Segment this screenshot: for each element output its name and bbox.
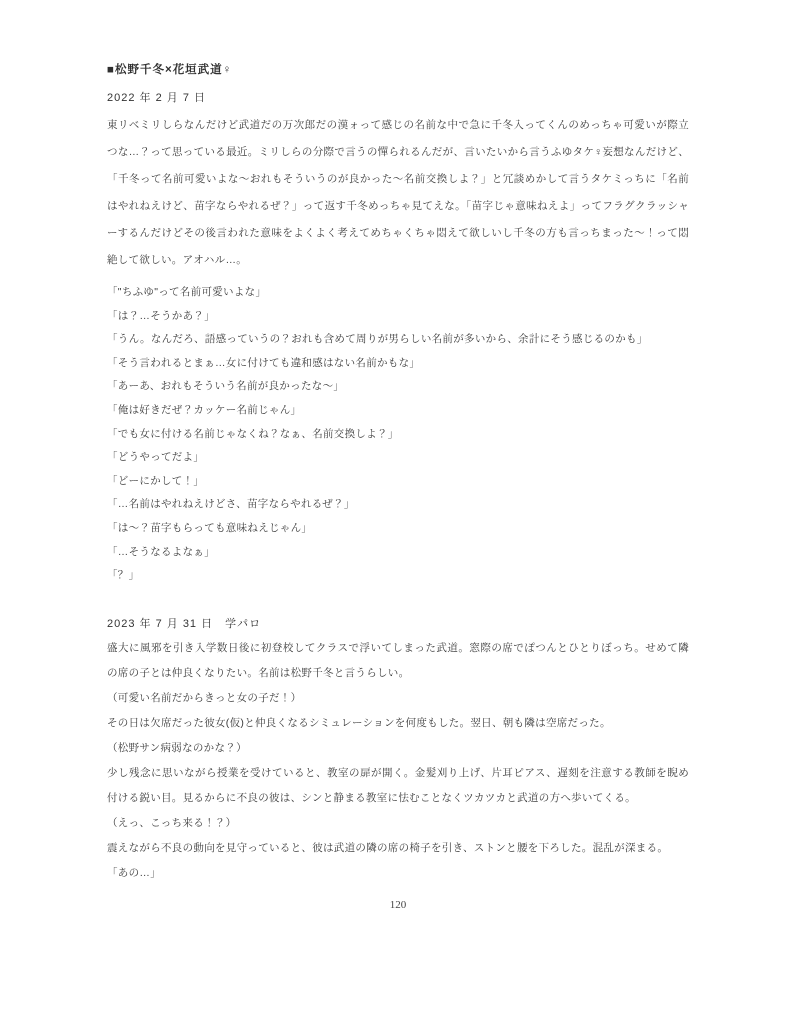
- dialogue-line: 「…名前はやれねえけどさ、苗字ならやれるぜ？」: [107, 493, 689, 517]
- dialogue-line: 「？」: [107, 564, 689, 588]
- dialogue-line: 「は？…そうかあ？」: [107, 305, 689, 329]
- dialogue-line: 「…そうなるよなぁ」: [107, 541, 689, 565]
- entry-date-1: 2022 年 2 月 7 日: [107, 86, 689, 110]
- dialogue-line: 「は〜？苗字もらっても意味ねえじゃん」: [107, 517, 689, 541]
- dialogue-line: 「どーにかして！」: [107, 470, 689, 494]
- page-number: 120: [107, 893, 689, 917]
- dialogue-line: 「そう言われるとまぁ…女に付けても違和感はない名前かもな」: [107, 352, 689, 376]
- document-content: ■松野千冬×花垣武道♀ 2022 年 2 月 7 日 東リベミリしらなんだけど武…: [107, 58, 689, 917]
- paragraph: 盛大に風邪を引き入学数日後に初登校してクラスで浮いてしまった武道。窓際の席でぽつ…: [107, 636, 689, 686]
- dialogue-block: 「"ちふゆ"って名前可愛いよな」 「は？…そうかあ？」 「うん。なんだろ、語感っ…: [107, 281, 689, 588]
- entry-2-body: 盛大に風邪を引き入学数日後に初登校してクラスで浮いてしまった武道。窓際の席でぽつ…: [107, 636, 689, 886]
- dialogue-line: 「あーあ、おれもそういう名前が良かったな〜」: [107, 375, 689, 399]
- paragraph: （可愛い名前だからきっと女の子だ！）: [107, 686, 689, 711]
- document-page: ■松野千冬×花垣武道♀ 2022 年 2 月 7 日 東リベミリしらなんだけど武…: [0, 0, 792, 1024]
- paragraph: 震えながら不良の動向を見守っていると、彼は武道の隣の席の椅子を引き、ストンと腰を…: [107, 836, 689, 861]
- paragraph: （えっ、こっち来る！？）: [107, 811, 689, 836]
- pairing-title: ■松野千冬×花垣武道♀: [107, 58, 689, 82]
- dialogue-line: 「"ちふゆ"って名前可愛いよな」: [107, 281, 689, 305]
- entry-paragraph-1: 東リベミリしらなんだけど武道だの万次郎だの漢ォって感じの名前な中で急に千冬入って…: [107, 112, 689, 274]
- dialogue-line: 「どうやってだよ」: [107, 446, 689, 470]
- dialogue-line: 「俺は好きだぜ？カッケー名前じゃん」: [107, 399, 689, 423]
- entry-date-2: 2023 年 7 月 31 日 学パロ: [107, 612, 689, 636]
- dialogue-line: 「うん。なんだろ、語感っていうの？おれも含めて周りが男らしい名前が多いから、余計…: [107, 328, 689, 352]
- dialogue-line: 「でも女に付ける名前じゃなくね？なぁ、名前交換しよ？」: [107, 423, 689, 447]
- paragraph: 少し残念に思いながら授業を受けていると、教室の扉が開く。金髪刈り上げ、片耳ピアス…: [107, 761, 689, 811]
- paragraph: （松野サン病弱なのかな？）: [107, 736, 689, 761]
- paragraph: 「あの…」: [107, 861, 689, 886]
- paragraph: その日は欠席だった彼女(仮)と仲良くなるシミュレーションを何度もした。翌日、朝も…: [107, 711, 689, 736]
